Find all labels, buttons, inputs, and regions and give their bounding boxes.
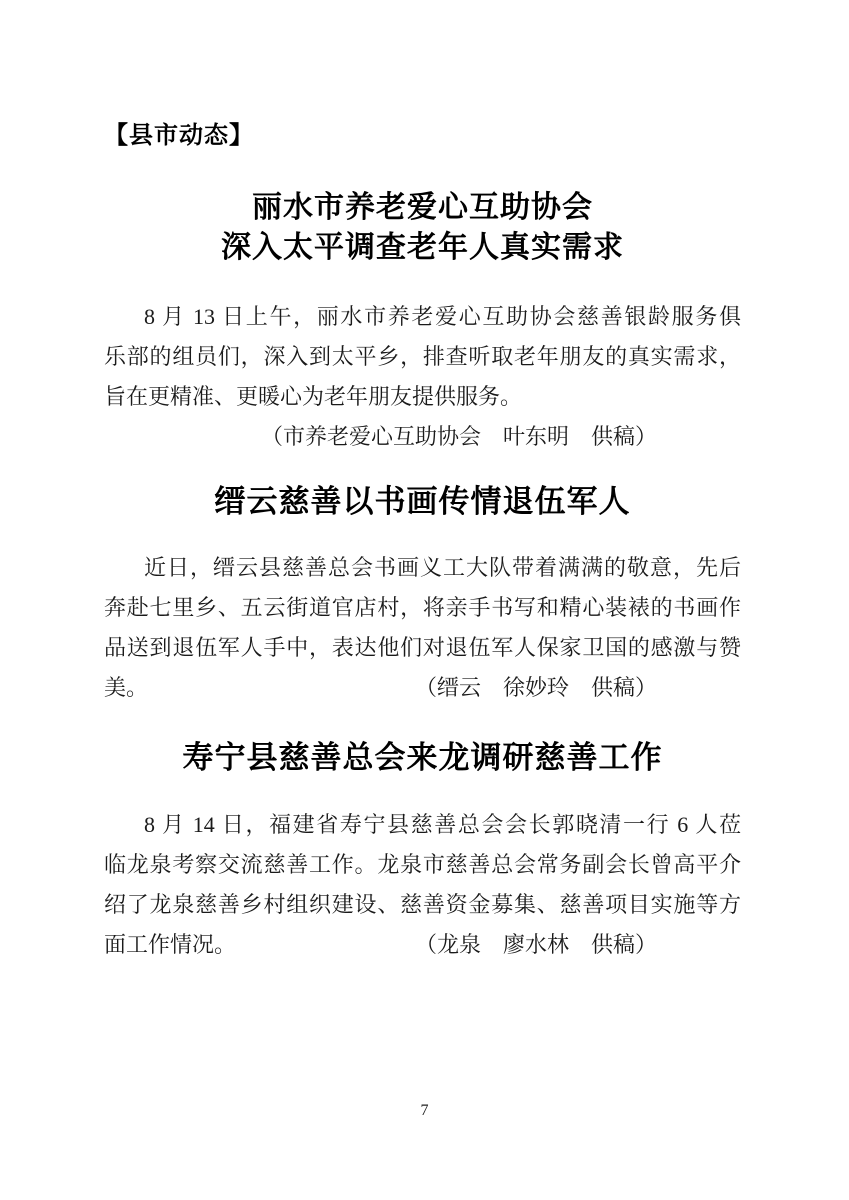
credit-row: 美。 （缙云 徐妙玲 供稿） [104,668,741,708]
page-number: 7 [0,1102,849,1120]
attribution: （缙云 徐妙玲 供稿） [415,668,657,708]
body-line: 8 月 14 日，福建省寿宁县慈善总会会长郭晓清一行 6 人莅 [104,805,741,845]
article-body: 近日，缙云县慈善总会书画义工大队带着满满的敬意，先后 奔赴七里乡、五云街道官店村… [104,548,741,708]
article-title: 缙云慈善以书画传情退伍军人 [104,482,741,522]
article-title-line: 丽水市养老爱心互助协会 [104,188,741,228]
page-content: 【县市动态】 丽水市养老爱心互助协会 深入太平调查老年人真实需求 8 月 13 … [0,0,849,965]
article-title: 丽水市养老爱心互助协会 深入太平调查老年人真实需求 [104,188,741,268]
credit-row: 面工作情况。 （龙泉 廖水林 供稿） [104,925,741,965]
body-line: 近日，缙云县慈善总会书画义工大队带着满满的敬意，先后 [104,548,741,588]
article-jinyun: 缙云慈善以书画传情退伍军人 近日，缙云县慈善总会书画义工大队带着满满的敬意，先后… [104,482,741,708]
article-body: 8 月 14 日，福建省寿宁县慈善总会会长郭晓清一行 6 人莅 临龙泉考察交流慈… [104,805,741,965]
attribution: （龙泉 廖水林 供稿） [415,925,657,965]
body-line: 8 月 13 日上午，丽水市养老爱心互助协会慈善银龄服务俱 [104,297,741,337]
closing-text: 美。 [104,668,148,708]
body-line: 品送到退伍军人手中，表达他们对退伍军人保家卫国的感激与赞 [104,628,741,668]
article-title-line: 寿宁县慈善总会来龙调研慈善工作 [104,738,741,778]
article-title: 寿宁县慈善总会来龙调研慈善工作 [104,738,741,778]
article-title-line: 缙云慈善以书画传情退伍军人 [104,482,741,522]
article-title-line: 深入太平调查老年人真实需求 [104,228,741,268]
article-lishui: 丽水市养老爱心互助协会 深入太平调查老年人真实需求 8 月 13 日上午，丽水市… [104,188,741,457]
body-line: 临龙泉考察交流慈善工作。龙泉市慈善总会常务副会长曾高平介 [104,845,741,885]
section-header: 【县市动态】 [104,121,741,151]
body-line: 旨在更精准、更暖心为老年朋友提供服务。 [104,377,741,417]
body-line: 绍了龙泉慈善乡村组织建设、慈善资金募集、慈善项目实施等方 [104,885,741,925]
article-shouning: 寿宁县慈善总会来龙调研慈善工作 8 月 14 日，福建省寿宁县慈善总会会长郭晓清… [104,738,741,965]
body-line: 乐部的组员们，深入到太平乡，排查听取老年朋友的真实需求， [104,337,741,377]
closing-text: 面工作情况。 [104,925,236,965]
body-line: 奔赴七里乡、五云街道官店村，将亲手书写和精心装裱的书画作 [104,588,741,628]
attribution: （市养老爱心互助协会 叶东明 供稿） [261,417,657,457]
credit-row: （市养老爱心互助协会 叶东明 供稿） [104,417,741,457]
article-body: 8 月 13 日上午，丽水市养老爱心互助协会慈善银龄服务俱 乐部的组员们，深入到… [104,297,741,457]
document-page: 【县市动态】 丽水市养老爱心互助协会 深入太平调查老年人真实需求 8 月 13 … [0,0,849,1200]
